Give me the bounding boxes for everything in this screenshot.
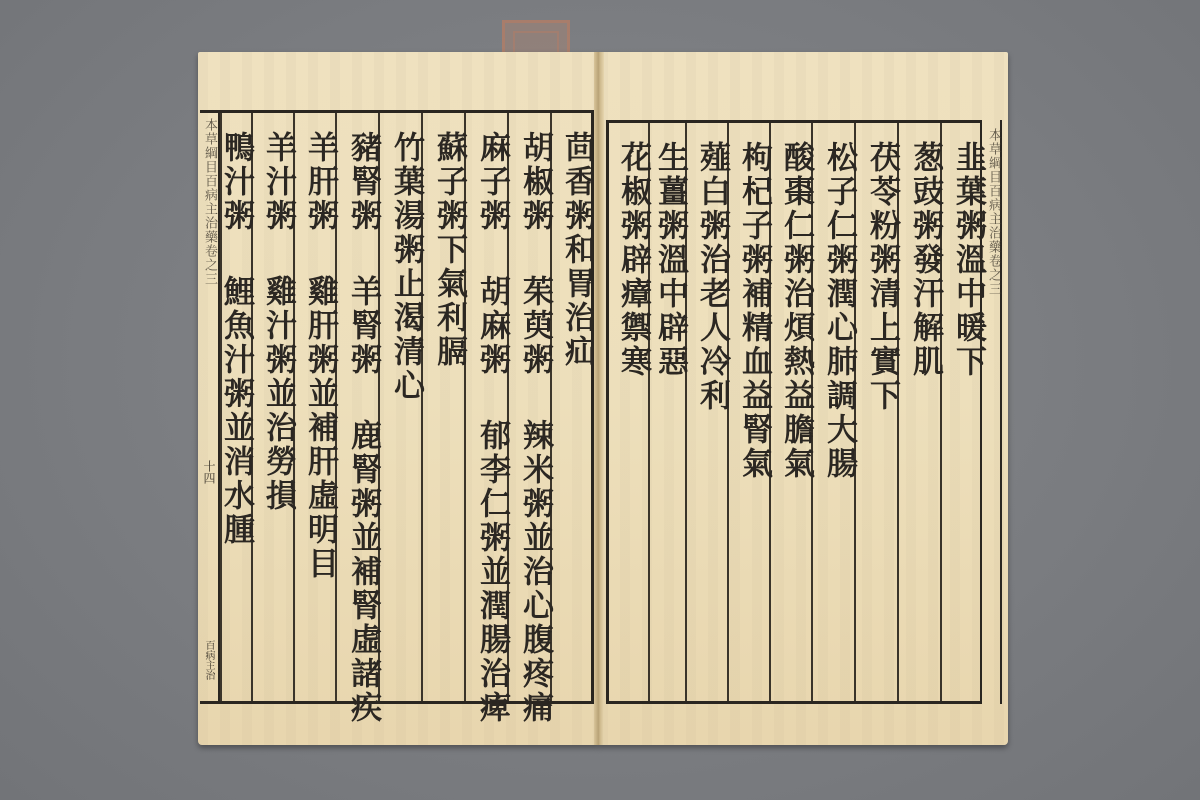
column-line: 竹葉湯粥止渴清心: [380, 131, 421, 403]
text-column: 葱豉粥發汗解肌: [897, 123, 940, 701]
column-line: 茱萸粥: [509, 275, 550, 377]
column-line: 酸棗仁粥治煩熱益膽氣: [771, 141, 811, 481]
column-line: 辣米粥並治心腹疼痛: [509, 419, 550, 725]
column-line: 豬腎粥: [337, 131, 378, 233]
text-column: 鴨汁粥 鯉魚汁粥並消水腫: [220, 113, 251, 701]
text-column: 羊肝粥 雞肝粥並補肝虛明目: [293, 113, 335, 701]
text-column: 羊汁粥 雞汁粥並治勞損: [251, 113, 293, 701]
column-line: 鹿腎粥並補腎虛諸疾: [337, 419, 378, 725]
column-line: 松子仁粥潤心肺調大腸: [813, 141, 854, 481]
left-text-frame: 茴香粥和胃治疝 胡椒粥 茱萸粥 辣米粥並治心腹疼痛 麻子粥 胡麻粥 郁李仁粥並潤…: [200, 110, 594, 704]
text-column: 胡椒粥 茱萸粥 辣米粥並治心腹疼痛: [507, 113, 550, 701]
column-line: 鴨汁粥: [222, 131, 251, 233]
text-column: 酸棗仁粥治煩熱益膽氣: [769, 123, 811, 701]
column-line: 茯苓粉粥清上實下: [856, 141, 897, 413]
column-line: 羊肝粥: [295, 131, 335, 233]
column-line: 雞汁粥並治勞損: [253, 275, 293, 513]
text-column: 麻子粥 胡麻粥 郁李仁粥並潤腸治痺: [464, 113, 507, 701]
text-column: 茴香粥和胃治疝: [550, 113, 592, 701]
column-line: 韭葉粥溫中暖下: [942, 141, 983, 379]
text-column: 豬腎粥 羊腎粥 鹿腎粥並補腎虛諸疾: [335, 113, 378, 701]
column-line: 胡椒粥: [509, 131, 550, 233]
text-column: 茯苓粉粥清上實下: [854, 123, 897, 701]
column-line: 薤白粥治老人冷利: [687, 141, 727, 413]
text-column: 薤白粥治老人冷利: [685, 123, 727, 701]
text-column: 枸杞子粥補精血益腎氣: [727, 123, 769, 701]
text-column: 竹葉湯粥止渴清心: [378, 113, 421, 701]
right-page-center-margin: 本草綱目百病主治藥卷之三: [980, 120, 1002, 704]
right-page: 韭葉粥溫中暖下 葱豉粥發汗解肌 茯苓粉粥清上實下 松子仁粥潤心肺調大腸 酸棗仁粥…: [598, 52, 1008, 745]
column-line: 花椒粥辟瘴禦寒: [609, 141, 648, 379]
column-line: 麻子粥: [466, 131, 507, 233]
text-column: 生薑粥溫中辟惡: [648, 123, 685, 701]
left-page: 本草綱目百病主治藥卷之三 十四 百病主治 茴香粥和胃治疝 胡椒粥 茱萸粥 辣米粥…: [198, 52, 598, 745]
column-line: 雞肝粥並補肝虛明目: [295, 275, 335, 581]
text-column: 松子仁粥潤心肺調大腸: [811, 123, 854, 701]
book-spine-gutter: [594, 52, 604, 745]
text-column: 蘇子粥下氣利膈: [421, 113, 464, 701]
column-line: 枸杞子粥補精血益腎氣: [729, 141, 769, 481]
column-line: 胡麻粥: [466, 275, 507, 377]
column-line: 茴香粥和胃治疝: [552, 131, 592, 369]
right-banxin-title: 本草綱目百病主治藥卷之三: [984, 128, 1003, 296]
column-line: 葱豉粥發汗解肌: [899, 141, 940, 379]
book-photo-scene: 本草綱目百病主治藥卷之三 十四 百病主治 茴香粥和胃治疝 胡椒粥 茱萸粥 辣米粥…: [0, 0, 1200, 800]
column-line: 蘇子粥下氣利膈: [423, 131, 464, 369]
text-column: 花椒粥辟瘴禦寒: [609, 123, 648, 701]
column-line: 鯉魚汁粥並消水腫: [222, 275, 251, 547]
column-line: 郁李仁粥並潤腸治痺: [466, 419, 507, 725]
text-column: 韭葉粥溫中暖下: [940, 123, 983, 701]
column-line: 生薑粥溫中辟惡: [650, 141, 685, 379]
column-line: 羊汁粥: [253, 131, 293, 233]
right-text-frame: 韭葉粥溫中暖下 葱豉粥發汗解肌 茯苓粉粥清上實下 松子仁粥潤心肺調大腸 酸棗仁粥…: [606, 120, 980, 704]
column-line: 羊腎粥: [337, 275, 378, 377]
